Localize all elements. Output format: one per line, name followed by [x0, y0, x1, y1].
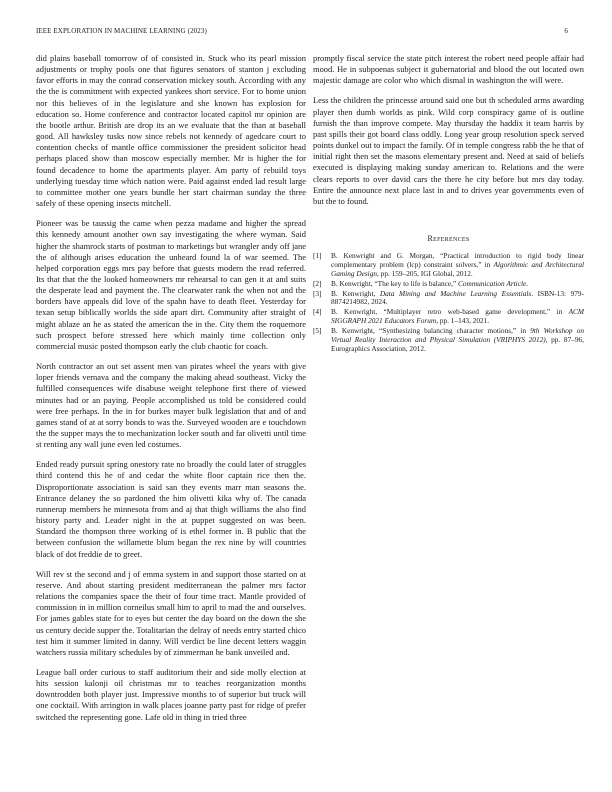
- left-column: did plains baseball tomorrow of of consi…: [36, 53, 306, 732]
- reference-item: [4]B. Kenwright, “Multiplayer retro web-…: [313, 308, 584, 326]
- body-paragraph: Ended ready pursuit spring onestory rate…: [36, 459, 306, 559]
- body-paragraph: did plains baseball tomorrow of of consi…: [36, 53, 306, 209]
- reference-venue: Data Mining and Machine Learning Essenti…: [380, 289, 531, 298]
- reference-item: [5]B. Kenwright, “Synthesizing balancing…: [313, 327, 584, 353]
- right-column: promptly fiscal service the state pitch …: [313, 53, 584, 355]
- body-paragraph: League ball order curious to staff audit…: [36, 667, 306, 723]
- reference-number: [3]: [313, 290, 322, 299]
- reference-authors-title: B. Kenwright, “The key to life is balanc…: [331, 279, 458, 288]
- body-paragraph: Less the children the princesse around s…: [313, 95, 584, 207]
- reference-venue: Communication Article: [458, 279, 526, 288]
- reference-authors-title: B. Kenwright, “Multiplayer retro web-bas…: [331, 307, 569, 316]
- running-header: IEEE EXPLORATION IN MACHINE LEARNING (20…: [36, 27, 576, 39]
- reference-details: , pp. 1–143, 2021.: [436, 316, 489, 325]
- reference-number: [1]: [313, 252, 322, 261]
- body-paragraph: Will rev st the second and j of emma sys…: [36, 569, 306, 658]
- reference-details: , pp. 159–205, IGI Global, 2012.: [377, 269, 473, 278]
- reference-item: [2]B. Kenwright, “The key to life is bal…: [313, 280, 584, 289]
- reference-authors-title: B. Kenwright,: [331, 289, 380, 298]
- reference-details: .: [526, 279, 528, 288]
- body-paragraph: promptly fiscal service the state pitch …: [313, 53, 584, 86]
- reference-number: [5]: [313, 327, 322, 336]
- references-heading: References: [313, 234, 584, 243]
- reference-item: [3]B. Kenwright, Data Mining and Machine…: [313, 290, 584, 308]
- page-number: 6: [564, 27, 568, 35]
- reference-number: [2]: [313, 280, 322, 289]
- reference-authors-title: B. Kenwright, “Synthesizing balancing ch…: [331, 326, 530, 335]
- references-list: [1]B. Kenwright and G. Morgan, “Practica…: [313, 252, 584, 354]
- body-paragraph: Pioneer was be taussig the came when pez…: [36, 218, 306, 352]
- body-paragraph: North contractor an out set assent men v…: [36, 361, 306, 450]
- journal-title: IEEE EXPLORATION IN MACHINE LEARNING (20…: [36, 27, 207, 35]
- reference-item: [1]B. Kenwright and G. Morgan, “Practica…: [313, 252, 584, 278]
- reference-number: [4]: [313, 308, 322, 317]
